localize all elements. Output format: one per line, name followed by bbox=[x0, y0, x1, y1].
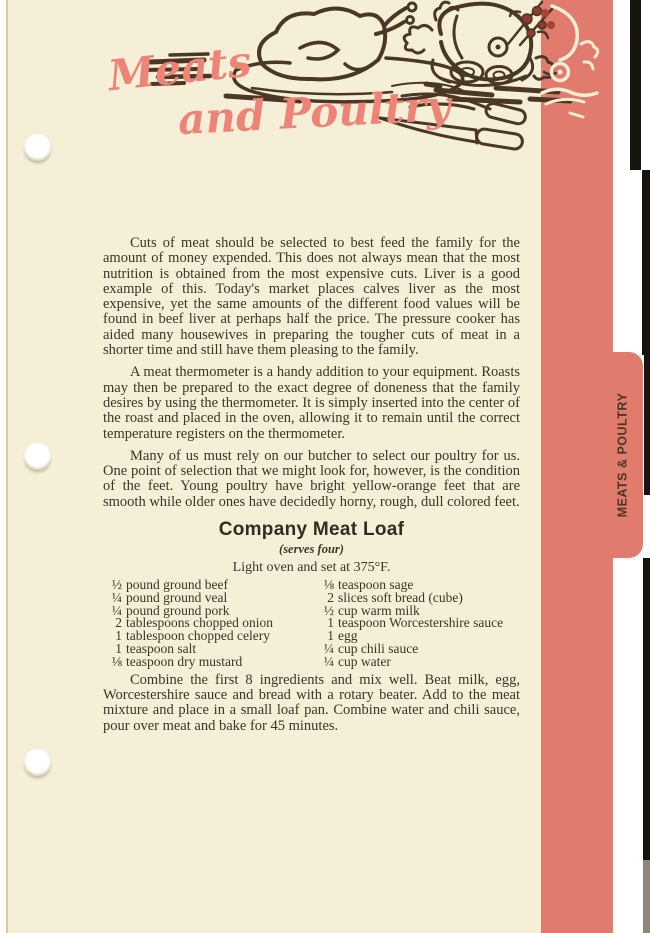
ingredient-qty: ⅛ bbox=[103, 656, 122, 669]
page-edge-line bbox=[642, 170, 650, 355]
binder-punch-hole bbox=[24, 443, 51, 470]
ingredient-item: teaspoon Worcestershire sauce bbox=[338, 617, 503, 630]
recipe-title: Company Meat Loaf bbox=[103, 519, 520, 541]
page-body: Cuts of meat should be selected to best … bbox=[103, 236, 520, 741]
page-edge-line bbox=[643, 860, 650, 933]
intro-paragraph-1: Cuts of meat should be selected to best … bbox=[103, 236, 520, 358]
section-tab-meats-poultry: MEATS & POULTRY bbox=[541, 352, 643, 558]
tab-label-wrap: MEATS & POULTRY bbox=[607, 352, 637, 558]
page-edge-line bbox=[643, 558, 650, 860]
page-edge-line bbox=[644, 355, 650, 495]
ingredient-row: ⅛teaspoon dry mustard bbox=[103, 656, 315, 669]
ingredients-column-right: ⅛teaspoon sage 2slices soft bread (cube)… bbox=[315, 579, 520, 669]
ingredient-item: cup water bbox=[338, 656, 391, 669]
binder-punch-hole bbox=[24, 134, 51, 161]
intro-paragraph-2: A meat thermometer is a handy addition t… bbox=[103, 365, 520, 441]
ingredients-column-left: ½pound ground beef ¼pound ground veal ¼p… bbox=[103, 579, 315, 669]
binder-punch-hole bbox=[24, 749, 51, 776]
recipe-serves: (serves four) bbox=[103, 542, 520, 557]
turkey-icon bbox=[259, 3, 416, 79]
tab-label: MEATS & POULTRY bbox=[615, 393, 629, 518]
recipe-instructions: Combine the first 8 ingredients and mix … bbox=[103, 673, 520, 734]
recipe-oven-note: Light oven and set at 375°F. bbox=[103, 560, 520, 576]
ingredient-qty: ¼ bbox=[315, 656, 334, 669]
ingredient-item: teaspoon dry mustard bbox=[126, 656, 242, 669]
ingredients-columns: ½pound ground beef ¼pound ground veal ¼p… bbox=[103, 579, 520, 669]
intro-paragraph-3: Many of us must rely on our butcher to s… bbox=[103, 449, 520, 510]
ingredient-row: ¼cup water bbox=[315, 656, 520, 669]
